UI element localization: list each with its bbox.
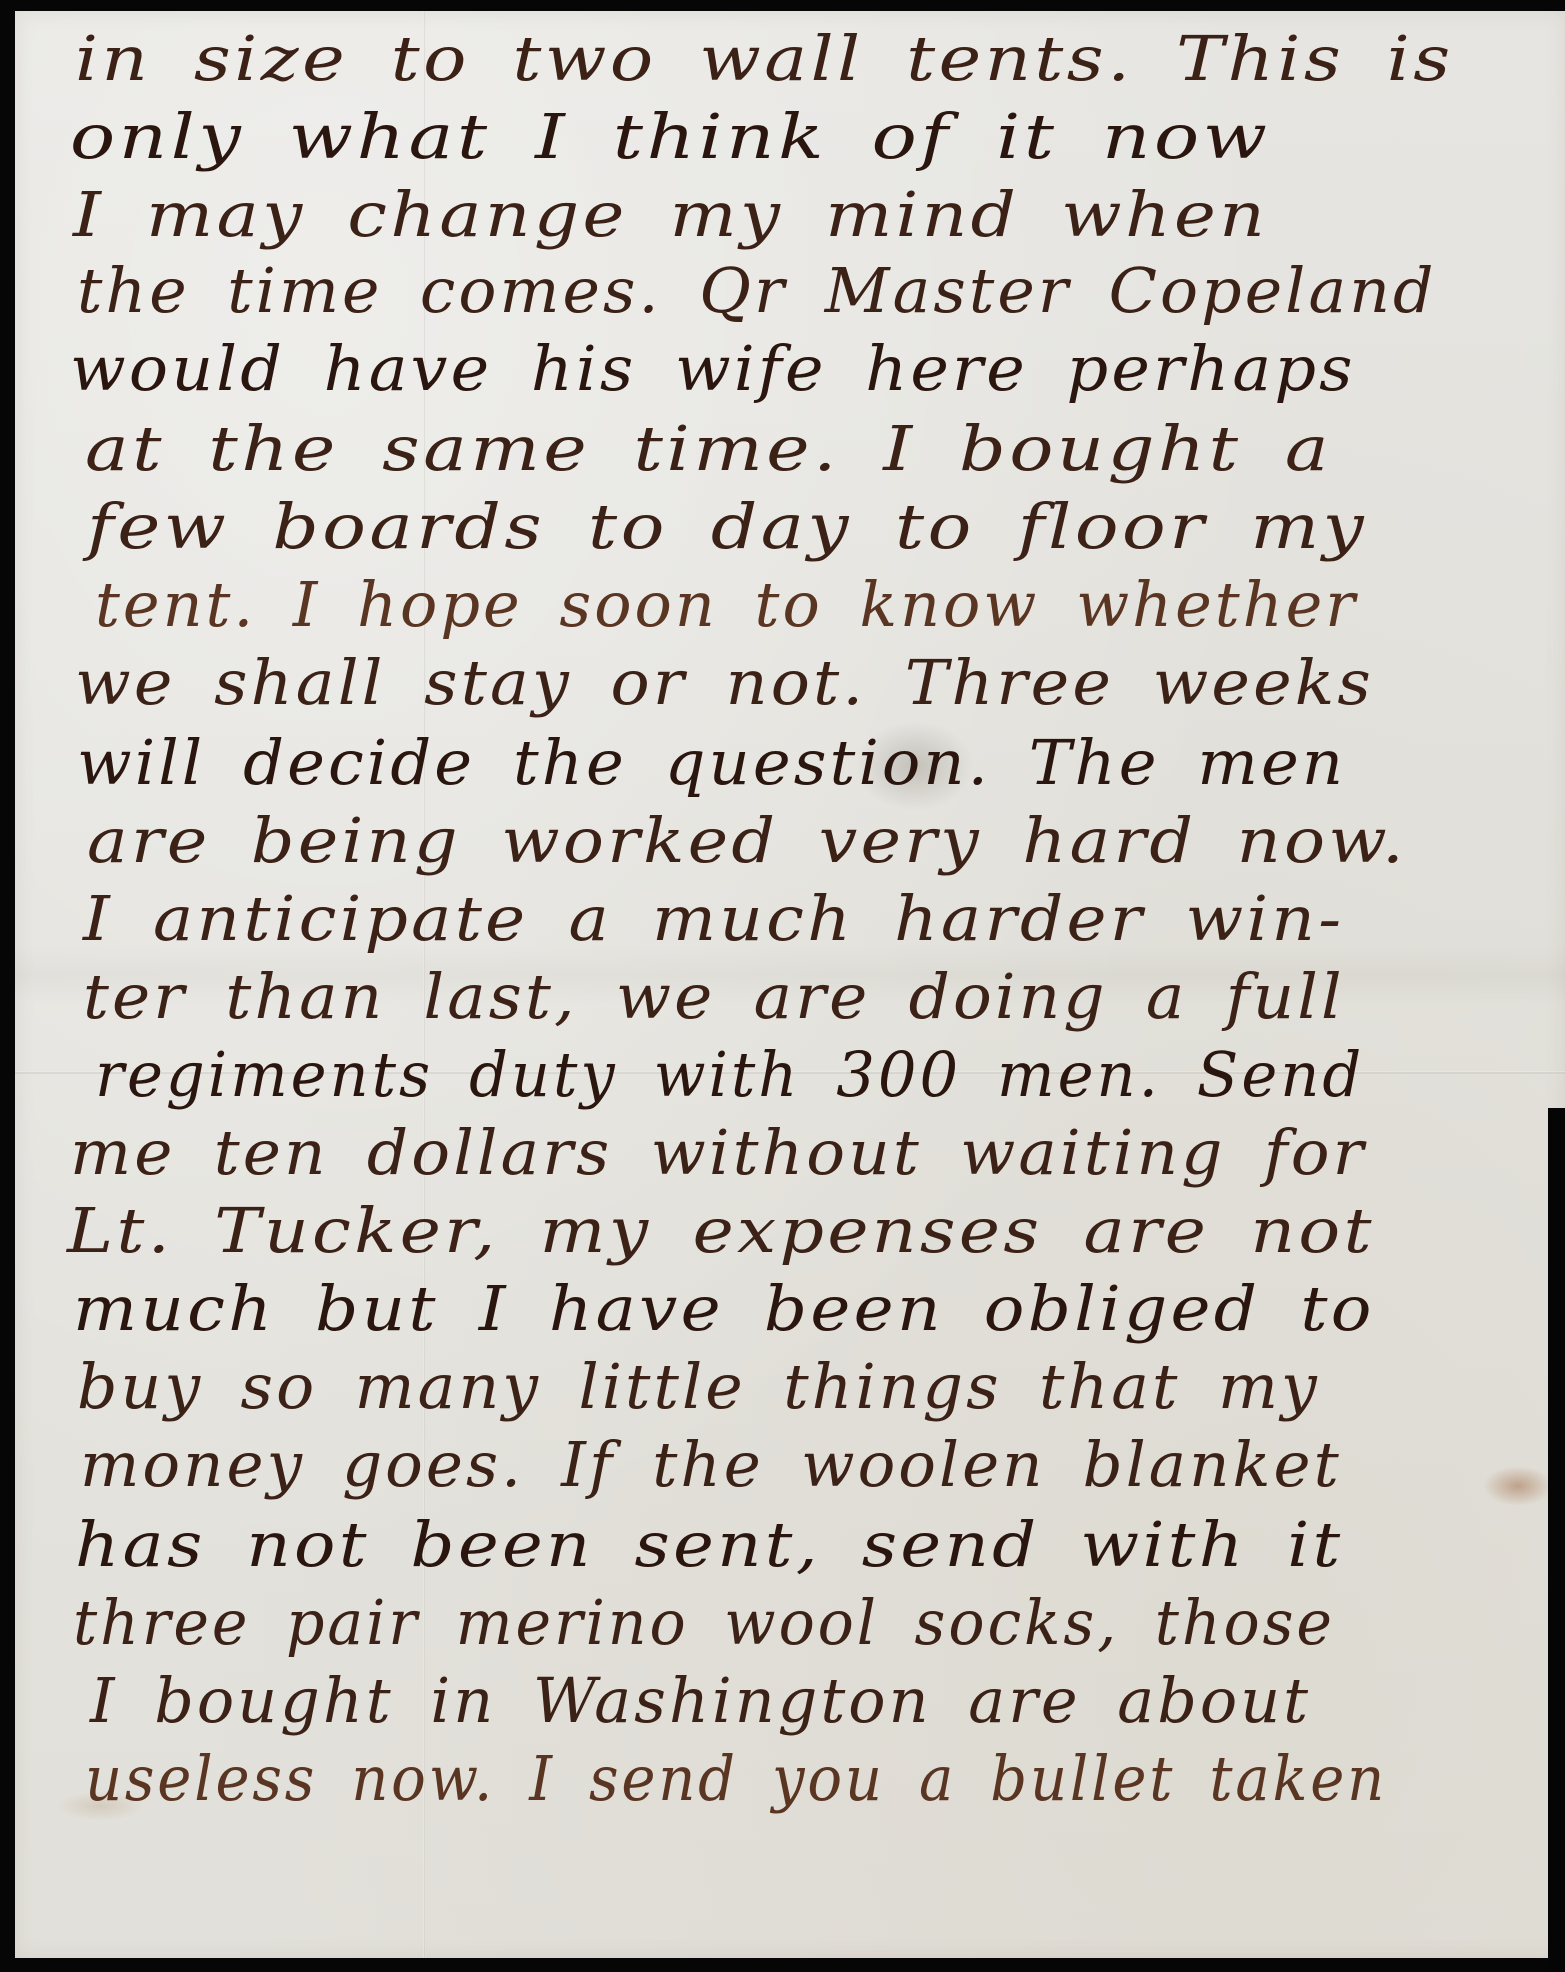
letter-page: in size to two wall tents. This is only …: [15, 11, 1565, 1958]
text-line: the time comes. Qr Master Copeland: [77, 251, 1437, 331]
text-line: I anticipate a much harder win-: [83, 879, 1344, 959]
text-line: are being worked very hard now.: [87, 801, 1407, 881]
text-line: Lt. Tucker, my expenses are not: [67, 1191, 1375, 1271]
text-line: tent. I hope soon to know whether: [95, 565, 1358, 645]
handwritten-text-block: in size to two wall tents. This is only …: [15, 11, 1565, 1958]
text-line: would have his wife here perhaps: [70, 329, 1356, 409]
text-line: few boards to day to floor my: [87, 487, 1367, 567]
page-edge-cutout: [1548, 1108, 1565, 1972]
text-line: I may change my mind when: [73, 175, 1268, 255]
text-line: in size to two wall tents. This is: [75, 19, 1454, 99]
text-line: at the same time. I bought a: [85, 409, 1332, 489]
text-line: we shall stay or not. Three weeks: [75, 643, 1374, 723]
text-line: regiments duty with 300 men. Send: [95, 1035, 1364, 1115]
text-line: buy so many little things that my: [77, 1347, 1320, 1427]
text-line: ter than last, we are doing a full: [83, 957, 1345, 1037]
text-line: only what I think of it now: [70, 97, 1271, 177]
text-line: will decide the question. The men: [77, 723, 1346, 803]
text-line: much but I have been obliged to: [73, 1269, 1375, 1349]
text-line: I bought in Washington are about: [90, 1661, 1311, 1741]
text-line: money goes. If the woolen blanket: [80, 1425, 1342, 1505]
text-line: me ten dollars without waiting for: [70, 1113, 1367, 1193]
text-line: useless now. I send you a bullet taken: [85, 1739, 1387, 1819]
text-line: three pair merino wool socks, those: [73, 1583, 1335, 1663]
text-line: has not been sent, send with it: [75, 1505, 1344, 1585]
